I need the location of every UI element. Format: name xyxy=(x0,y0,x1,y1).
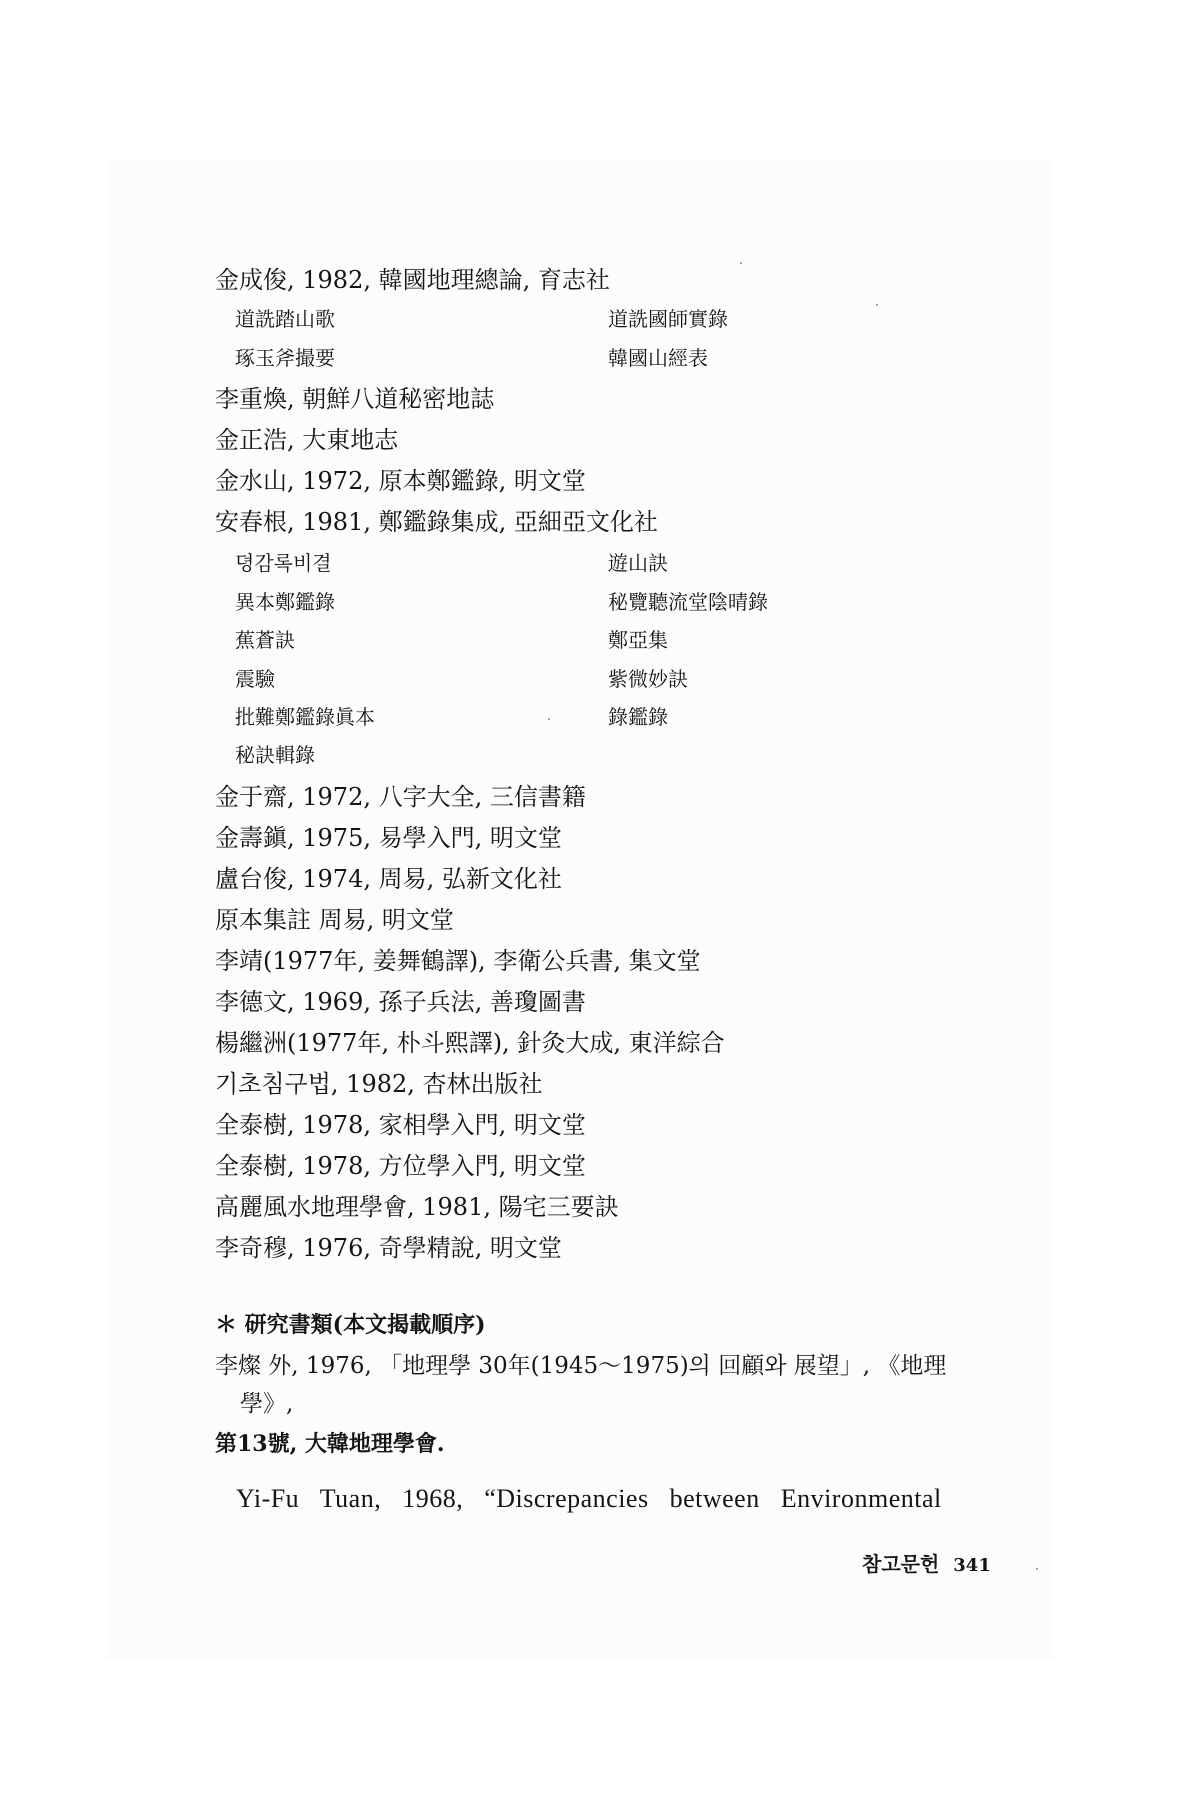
reference-subitem: 錄鑑錄 xyxy=(608,704,668,730)
reference-entry: 李奇穆, 1976, 奇學精說, 明文堂 xyxy=(215,1233,562,1263)
reference-subitem: 遊山訣 xyxy=(608,550,668,576)
reference-subitem: 秘訣輯錄 xyxy=(235,742,315,768)
reference-entry: 盧台俊, 1974, 周易, 弘新文化社 xyxy=(215,864,562,894)
reference-entry: 楊繼洲(1977年, 朴斗熙譯), 針灸大成, 東洋綜合 xyxy=(215,1028,725,1058)
reference-entry: 李德文, 1969, 孫子兵法, 善瓊圖書 xyxy=(215,987,586,1017)
reference-subitem: 異本鄭鑑錄 xyxy=(235,589,335,615)
running-footer-title: 참고문헌 xyxy=(862,1552,939,1576)
reference-entry: 金于齋, 1972, 八字大全, 三信書籍 xyxy=(215,782,586,812)
reference-entry: 기초침구법, 1982, 杏林出版社 xyxy=(215,1069,543,1099)
reference-subitem: 道詵踏山歌 xyxy=(235,306,335,332)
reference-entry: 李靖(1977年, 姜舞鶴譯), 李衛公兵書, 集文堂 xyxy=(215,946,701,976)
reference-subitem: 뎡감록비결 xyxy=(235,550,332,576)
reference-subitem: 道詵國師實錄 xyxy=(608,306,728,332)
reference-subitem: 琢玉斧撮要 xyxy=(235,345,335,371)
scan-speck xyxy=(740,262,742,264)
research-entry-continued: 第13號, 大韓地理學會. xyxy=(215,1429,445,1459)
reference-entry: 全泰樹, 1978, 方位學入門, 明文堂 xyxy=(215,1151,586,1181)
section-heading: ＊ 研究書類(本文揭載順序) xyxy=(215,1310,485,1340)
scan-speck xyxy=(1036,1568,1038,1570)
reference-subitem: 鄭亞集 xyxy=(608,627,668,653)
reference-subitem: 震驗 xyxy=(235,666,275,692)
page-number: 341 xyxy=(953,1555,991,1576)
reference-subitem: 批難鄭鑑錄眞本 xyxy=(235,704,375,730)
reference-entry: 金成俊, 1982, 韓國地理總論, 育志社 xyxy=(215,265,610,295)
research-entry-continued: 學》, xyxy=(240,1389,293,1419)
reference-entry: 金正浩, 大東地志 xyxy=(215,425,398,455)
reference-entry: 原本集註 周易, 明文堂 xyxy=(215,905,454,935)
reference-subitem: 韓國山經表 xyxy=(608,345,708,371)
reference-entry: 全泰樹, 1978, 家相學入門, 明文堂 xyxy=(215,1110,586,1140)
scan-speck xyxy=(876,304,878,306)
reference-entry: 金壽鎭, 1975, 易學入門, 明文堂 xyxy=(215,823,562,853)
reference-entry: 李重煥, 朝鮮八道秘密地誌 xyxy=(215,384,494,414)
reference-entry: 金水山, 1972, 原本鄭鑑錄, 明文堂 xyxy=(215,466,586,496)
page-footer: 참고문헌341 xyxy=(862,1548,991,1577)
reference-subitem: 蕉蒼訣 xyxy=(235,627,295,653)
reference-entry: 高麗風水地理學會, 1981, 陽宅三要訣 xyxy=(215,1192,619,1222)
reference-entry: 安春根, 1981, 鄭鑑錄集成, 亞細亞文化社 xyxy=(215,507,658,537)
scan-speck xyxy=(548,718,550,720)
research-entry: 李燦 外, 1976, 「地理學 30年(1945～1975)의 回顧와 展望」… xyxy=(215,1351,946,1381)
research-entry: Yi-Fu Tuan, 1968, “Discrepancies between… xyxy=(236,1484,942,1514)
reference-subitem: 秘覽聽流堂陰晴錄 xyxy=(608,589,768,615)
reference-subitem: 紫微妙訣 xyxy=(608,666,688,692)
